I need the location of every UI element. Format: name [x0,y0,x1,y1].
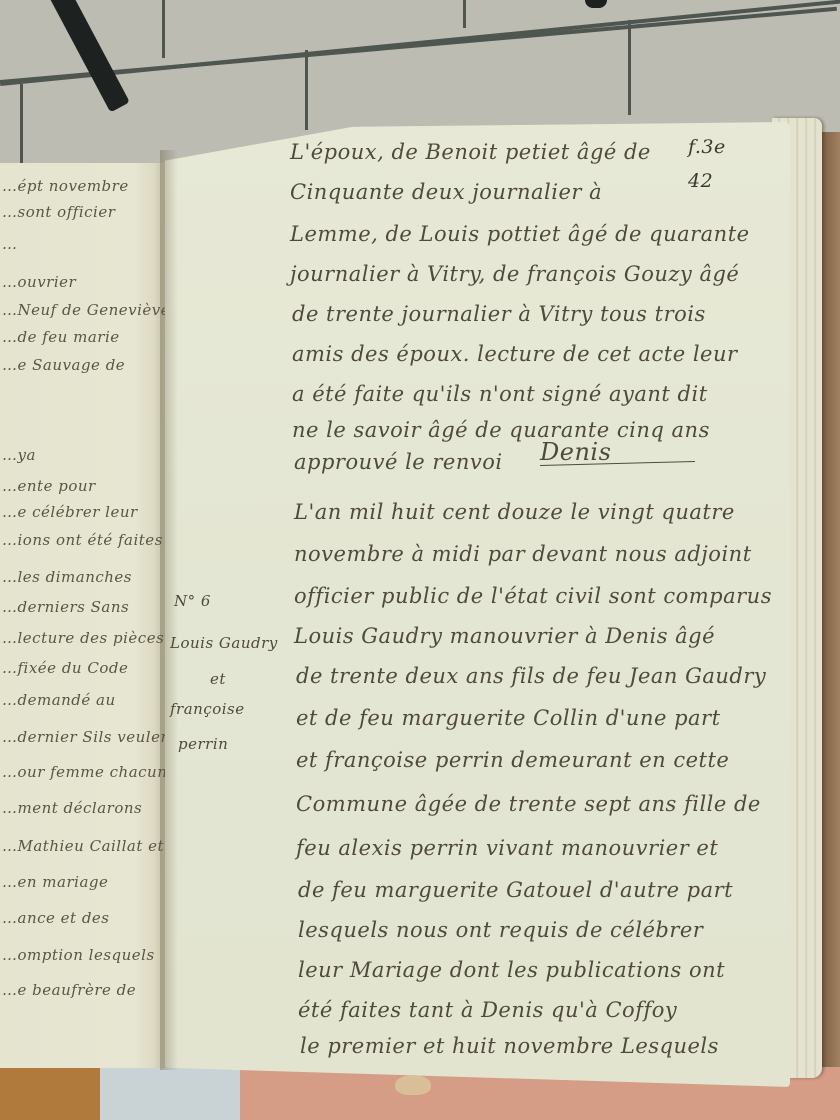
left-page-line: …ions ont été faites [2,531,163,549]
margin-line: Louis Gaudry [170,634,278,652]
left-page-line: …our femme chacun [2,763,167,781]
book-stand-knob [585,0,607,8]
left-page-line: …sont officier [2,203,115,221]
entry-line: amis des époux. lecture de cet acte leur [292,342,738,366]
entry-line: journalier à Vitry, de françois Gouzy âg… [290,262,739,286]
left-page-line: …ment déclarons [2,799,142,817]
entry-line: L'an mil huit cent douze le vingt quatre [294,500,735,524]
left-page-line: …e Sauvage de [2,356,125,374]
book-stand-leg [40,0,130,112]
entry-line: leur Mariage dont les publications ont [298,958,725,982]
left-page-line: …Mathieu Caillat et [2,837,164,855]
left-page-line: …de feu marie [2,328,120,346]
tile-grout-line [463,0,466,28]
tile-grout-line [628,20,631,115]
margin-line: françoise [170,700,245,718]
entry-number: N° 6 [174,592,211,610]
tile-grout-line [0,0,840,86]
tile-grout-line [20,84,23,164]
left-page-line: … [2,235,18,253]
entry-line: de trente journalier à Vitry tous trois [292,302,706,326]
gutter-shadow [160,150,178,1070]
entry-line: L'époux, de Benoit petiet âgé de [290,140,651,164]
left-page-line: …e beaufrère de [2,981,136,999]
entry-line: et de feu marguerite Collin d'une part [296,706,721,730]
left-page-line: …fixée du Code [2,659,128,677]
entry-line: le premier et huit novembre Lesquels [300,1034,719,1058]
entry-line: lesquels nous ont requis de célébrer [298,918,703,942]
left-page-line: …demandé au [2,691,116,709]
tile-grout-line [162,0,165,58]
margin-line: et [210,670,226,688]
entry-line: a été faite qu'ils n'ont signé ayant dit [292,382,708,406]
entry-line: officier public de l'état civil sont com… [294,584,772,608]
left-page-line: …ya [2,446,36,464]
left-page-line: …derniers Sans [2,598,129,616]
left-page-line: …ente pour [2,477,96,495]
entry-line: de feu marguerite Gatouel d'autre part [298,878,733,902]
entry-line: et françoise perrin demeurant en cette [296,748,729,772]
loose-paper [100,1065,240,1120]
entry-line: été faites tant à Denis qu'à Coffoy [298,998,677,1022]
tile-grout-line [305,50,308,130]
left-page-line: …omption lesquels [2,946,155,964]
entry-line: feu alexis perrin vivant manouvrier et [296,836,718,860]
desk-wood-edge [0,1060,100,1120]
left-page-line: …ance et des [2,909,110,927]
entry-line: approuvé le renvoi [294,450,503,474]
paper-stain [395,1075,431,1095]
left-page-line: …les dimanches [2,568,132,586]
entry-line: Lemme, de Louis pottiet âgé de quarante [290,222,750,246]
left-page-line: …épt novembre [2,177,129,195]
left-page-line: …Neuf de Geneviève [2,301,170,319]
folio-mark-line: 42 [688,170,713,192]
margin-line: perrin [178,735,228,753]
left-page: …épt novembre …sont officier … …ouvrier … [0,163,170,1068]
left-page-line: …e célébrer leur [2,503,138,521]
left-page-line: …ouvrier [2,273,76,291]
left-page-line: …dernier Sils veulent [2,728,177,746]
left-page-line: …en mariage [2,873,108,891]
entry-line: de trente deux ans fils de feu Jean Gaud… [296,664,766,688]
entry-line: ne le savoir âgé de quarante cinq ans [292,418,710,442]
entry-line: novembre à midi par devant nous adjoint [294,542,752,566]
left-page-line: …lecture des pièces [2,629,164,647]
signature: Denis [540,438,611,466]
entry-line: Commune âgée de trente sept ans fille de [296,792,761,816]
folio-mark-line: f.3e [688,136,726,158]
entry-line: Cinquante deux journalier à [290,180,602,204]
entry-line: Louis Gaudry manouvrier à Denis âgé [294,624,715,648]
